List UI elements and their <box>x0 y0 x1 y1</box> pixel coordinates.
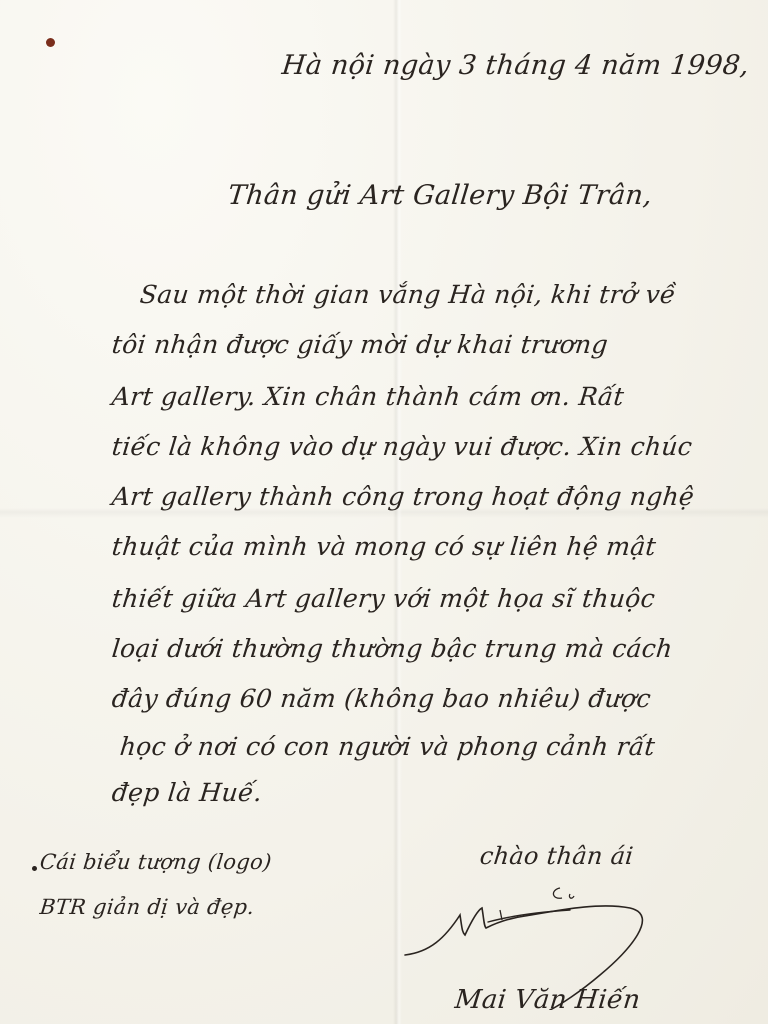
body-line: tiếc là không vào dự ngày vui được. Xin … <box>110 432 693 461</box>
salutation: Thân gửi Art Gallery Bội Trân, <box>226 180 653 211</box>
postscript-line: BTR giản dị và đẹp. <box>39 895 256 919</box>
body-line: thiết giữa Art gallery với một họa sĩ th… <box>110 584 656 613</box>
body-line: đây đúng 60 năm (không bao nhiêu) được <box>110 684 652 713</box>
signer-name: Mai Văn Hiến <box>453 985 641 1015</box>
date-line: Hà nội ngày 3 tháng 4 năm 1998, <box>280 50 750 81</box>
body-line: học ở nơi có con người và phong cảnh rất <box>118 732 656 761</box>
body-line: thuật của mình và mong có sự liên hệ mật <box>110 532 657 561</box>
body-line: Sau một thời gian vắng Hà nội, khi trở v… <box>138 280 677 309</box>
body-line: Art gallery. Xin chân thành cám ơn. Rất <box>110 382 625 411</box>
body-line: đẹp là Huế. <box>110 778 263 807</box>
postscript-bullet <box>32 866 37 871</box>
body-line: loại dưới thường thường bậc trung mà các… <box>110 634 674 663</box>
postscript-line: Cái biểu tượng (logo) <box>39 850 273 874</box>
closing: chào thân ái <box>479 842 635 870</box>
body-line: Art gallery thành công trong hoạt động n… <box>110 482 695 511</box>
ink-stain <box>46 38 55 47</box>
body-line: tôi nhận được giấy mời dự khai trương <box>110 330 609 359</box>
